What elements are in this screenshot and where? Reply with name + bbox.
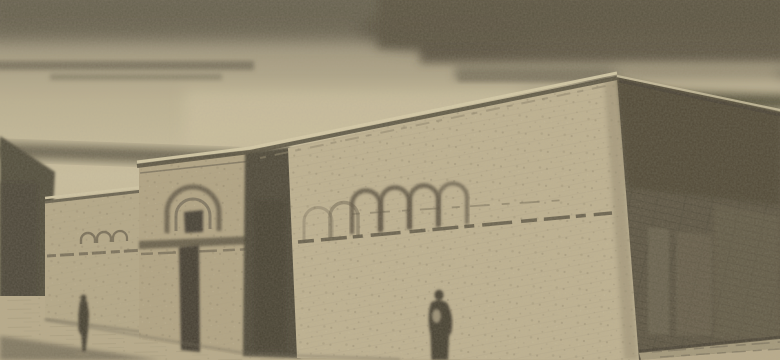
photograph	[0, 0, 780, 360]
sepia-tint-overlay	[0, 0, 780, 360]
photo-canvas	[0, 0, 780, 360]
